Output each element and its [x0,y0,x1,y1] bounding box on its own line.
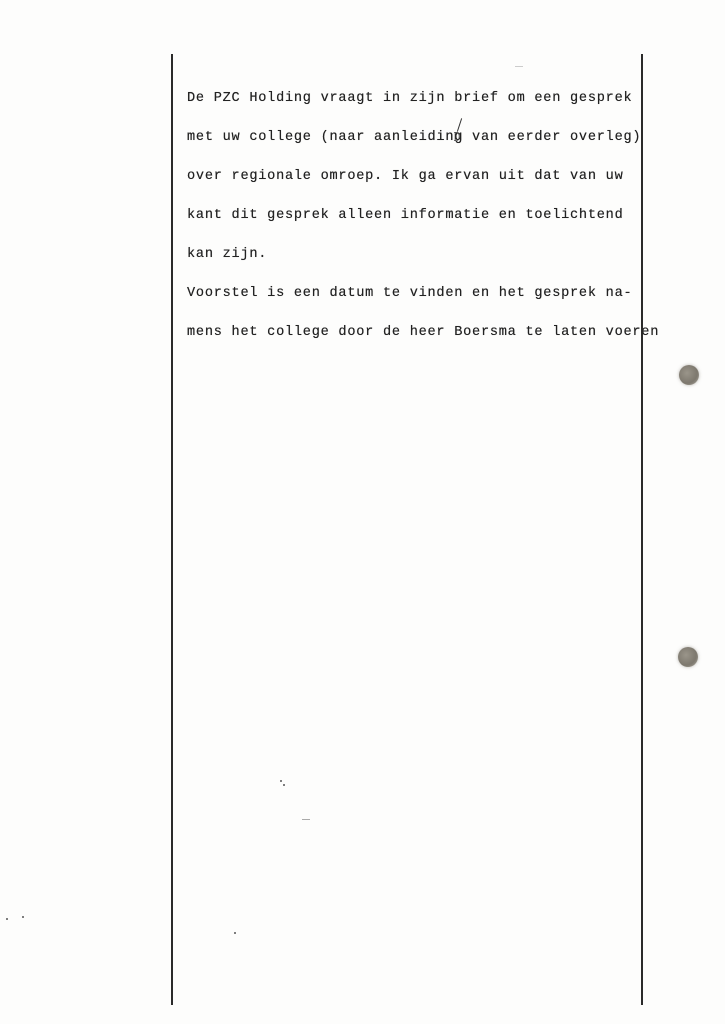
left-margin-rule [171,54,173,1005]
text-line: kant dit gesprek alleen informatie en to… [187,209,659,222]
punch-hole-icon [678,647,698,667]
scan-speck [280,780,282,782]
text-line: De PZC Holding vraagt in zijn brief om e… [187,92,659,105]
punch-hole-icon [679,365,699,385]
scan-speck [22,916,24,918]
text-line: met uw college (naar aanleiding van eerd… [187,131,659,144]
text-line: mens het college door de heer Boersma te… [187,326,659,339]
text-line: kan zijn. [187,248,659,261]
text-line: over regionale omroep. Ik ga ervan uit d… [187,170,659,183]
scan-speck [234,932,236,934]
scan-mark [515,66,523,67]
scan-speck [6,918,8,920]
handwritten-correction: D [453,130,460,144]
scan-speck [283,784,285,786]
typed-text-block: De PZC Holding vraagt in zijn brief om e… [187,66,659,365]
scan-mark [302,819,310,820]
text-line: Voorstel is een datum te vinden en het g… [187,287,659,300]
